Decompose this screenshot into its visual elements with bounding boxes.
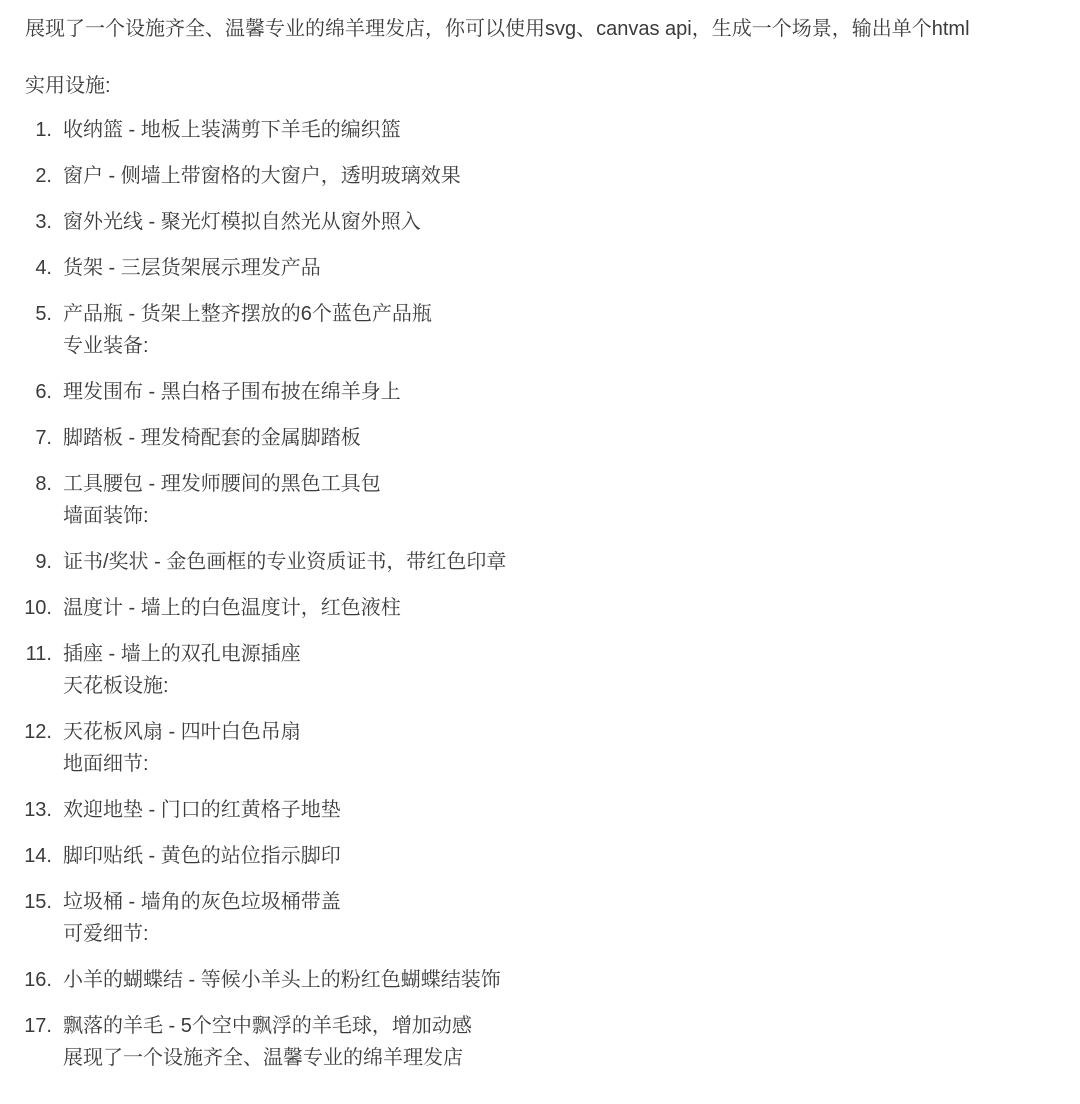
list-item-subline: 天花板设施: [63, 670, 1070, 702]
list-item: 5. 产品瓶 - 货架上整齐摆放的6个蓝色产品瓶 专业装备: [63, 298, 1070, 362]
list-item-number: 7. [35, 422, 52, 454]
list-item-number: 17. [24, 1010, 52, 1042]
list-item: 3. 窗外光线 - 聚光灯模拟自然光从窗外照入 [63, 206, 1070, 238]
list-item: 6. 理发围布 - 黑白格子围布披在绵羊身上 [63, 376, 1070, 408]
list-item-text: 飘落的羊毛 - 5个空中飘浮的羊毛球，增加动感 [63, 1010, 1070, 1042]
list-item: 4. 货架 - 三层货架展示理发产品 [63, 252, 1070, 284]
list-item-subline: 墙面装饰: [63, 500, 1070, 532]
list-item-text: 窗外光线 - 聚光灯模拟自然光从窗外照入 [63, 206, 1070, 238]
list-item: 14. 脚印贴纸 - 黄色的站位指示脚印 [63, 840, 1070, 872]
list-item-text: 天花板风扇 - 四叶白色吊扇 [63, 716, 1070, 748]
section-heading: 实用设施: [25, 70, 1070, 102]
list-item-number: 4. [35, 252, 52, 284]
list-item-text: 垃圾桶 - 墙角的灰色垃圾桶带盖 [63, 886, 1070, 918]
list-item: 12. 天花板风扇 - 四叶白色吊扇 地面细节: [63, 716, 1070, 780]
list-item-number: 14. [24, 840, 52, 872]
list-item-number: 15. [24, 886, 52, 918]
list-item-text: 工具腰包 - 理发师腰间的黑色工具包 [63, 468, 1070, 500]
list-item-subline: 展现了一个设施齐全、温馨专业的绵羊理发店 [63, 1042, 1070, 1074]
list-item-text: 货架 - 三层货架展示理发产品 [63, 252, 1070, 284]
list-item-text: 温度计 - 墙上的白色温度计，红色液柱 [63, 592, 1070, 624]
list-item: 15. 垃圾桶 - 墙角的灰色垃圾桶带盖 可爱细节: [63, 886, 1070, 950]
list-item: 1. 收纳篮 - 地板上装满剪下羊毛的编织篮 [63, 114, 1070, 146]
list-item-number: 9. [35, 546, 52, 578]
list-item: 16. 小羊的蝴蝶结 - 等候小羊头上的粉红色蝴蝶结装饰 [63, 964, 1070, 996]
list-item: 9. 证书/奖状 - 金色画框的专业资质证书，带红色印章 [63, 546, 1070, 578]
list-item: 2. 窗户 - 侧墙上带窗格的大窗户，透明玻璃效果 [63, 160, 1070, 192]
list-item-text: 收纳篮 - 地板上装满剪下羊毛的编织篮 [63, 114, 1070, 146]
list-item-text: 证书/奖状 - 金色画框的专业资质证书，带红色印章 [63, 546, 1070, 578]
list-item-text: 欢迎地垫 - 门口的红黄格子地垫 [63, 794, 1070, 826]
intro-paragraph: 展现了一个设施齐全、温馨专业的绵羊理发店，你可以使用svg、canvas api… [25, 13, 1070, 45]
list-item-number: 16. [24, 964, 52, 996]
list-item-number: 12. [24, 716, 52, 748]
list-item-number: 3. [35, 206, 52, 238]
list-item-subline: 地面细节: [63, 748, 1070, 780]
list-item-number: 8. [35, 468, 52, 500]
list-item: 13. 欢迎地垫 - 门口的红黄格子地垫 [63, 794, 1070, 826]
list-item-number: 6. [35, 376, 52, 408]
list-item: 7. 脚踏板 - 理发椅配套的金属脚踏板 [63, 422, 1070, 454]
list-item-text: 插座 - 墙上的双孔电源插座 [63, 638, 1070, 670]
document-body: 展现了一个设施齐全、温馨专业的绵羊理发店，你可以使用svg、canvas api… [0, 0, 1080, 1074]
list-item-number: 13. [24, 794, 52, 826]
list-item-number: 10. [24, 592, 52, 624]
list-item-subline: 可爱细节: [63, 918, 1070, 950]
list-item-text: 窗户 - 侧墙上带窗格的大窗户，透明玻璃效果 [63, 160, 1070, 192]
list-item-text: 脚踏板 - 理发椅配套的金属脚踏板 [63, 422, 1070, 454]
list-item-number: 5. [35, 298, 52, 330]
list-item: 8. 工具腰包 - 理发师腰间的黑色工具包 墙面装饰: [63, 468, 1070, 532]
list-item-number: 11. [26, 638, 52, 670]
list-item-text: 产品瓶 - 货架上整齐摆放的6个蓝色产品瓶 [63, 298, 1070, 330]
list-item-number: 1. [35, 114, 52, 146]
list-item-text: 小羊的蝴蝶结 - 等候小羊头上的粉红色蝴蝶结装饰 [63, 964, 1070, 996]
list-item-text: 脚印贴纸 - 黄色的站位指示脚印 [63, 840, 1070, 872]
list-item-subline: 专业装备: [63, 330, 1070, 362]
list-item-number: 2. [35, 160, 52, 192]
list-item-text: 理发围布 - 黑白格子围布披在绵羊身上 [63, 376, 1070, 408]
list-item: 17. 飘落的羊毛 - 5个空中飘浮的羊毛球，增加动感 展现了一个设施齐全、温馨… [63, 1010, 1070, 1074]
list-item: 11. 插座 - 墙上的双孔电源插座 天花板设施: [63, 638, 1070, 702]
facility-list: 1. 收纳篮 - 地板上装满剪下羊毛的编织篮 2. 窗户 - 侧墙上带窗格的大窗… [0, 114, 1070, 1074]
list-item: 10. 温度计 - 墙上的白色温度计，红色液柱 [63, 592, 1070, 624]
